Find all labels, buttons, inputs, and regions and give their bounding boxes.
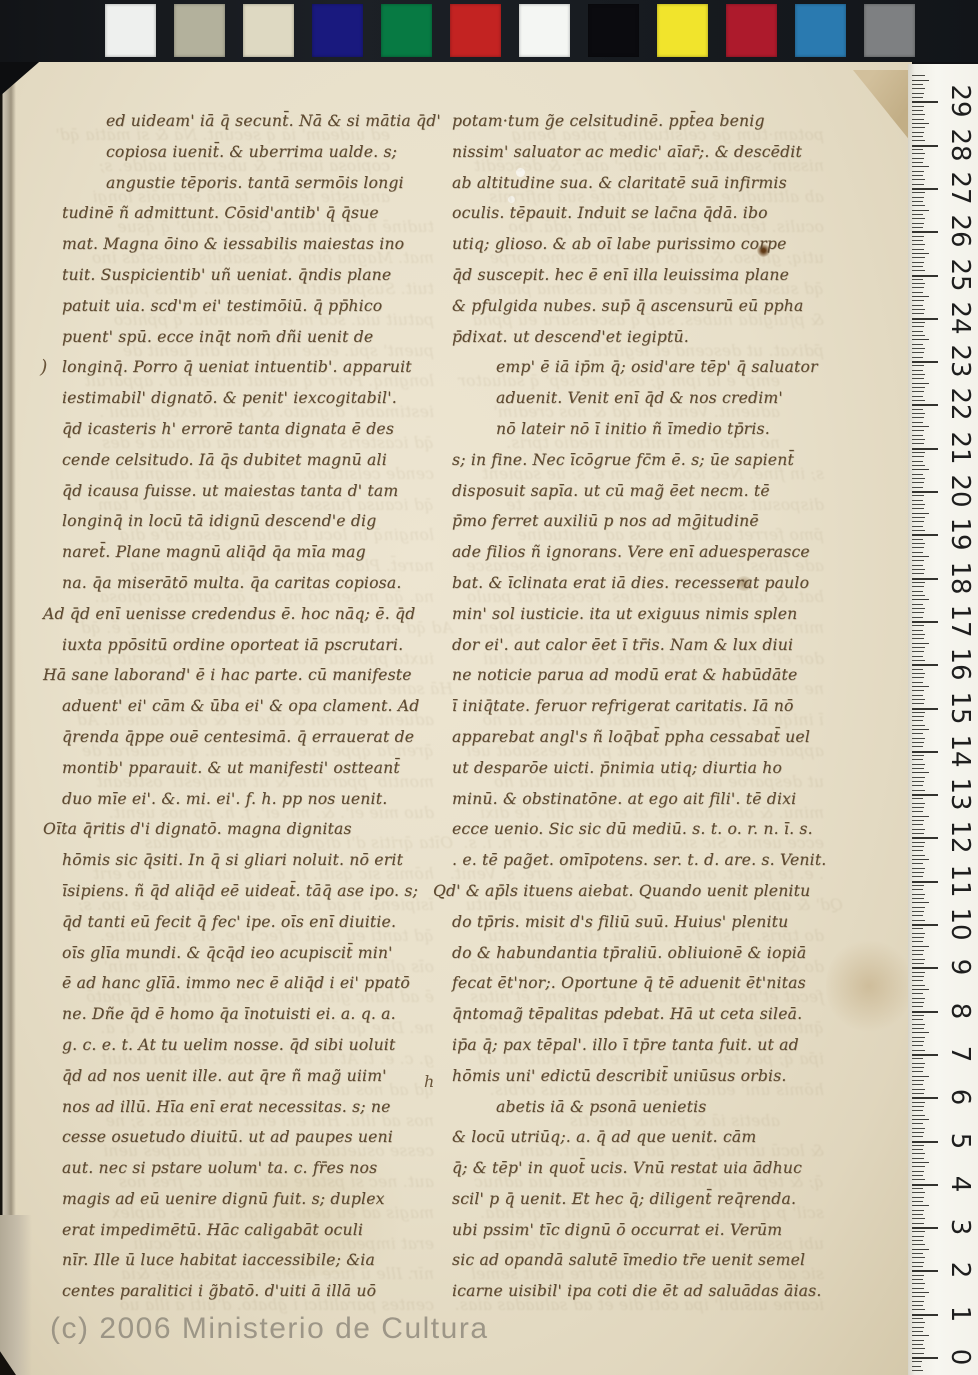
ruler-mm-tick — [912, 1279, 923, 1280]
ruler-mm-tick — [912, 937, 924, 938]
ruler-mm-tick — [912, 331, 923, 332]
manuscript-line: iestimabil' dignatō. & penit' iexcogitab… — [62, 383, 434, 414]
ruler-mm-tick — [912, 270, 925, 271]
ruler-mm-tick — [912, 456, 924, 457]
manuscript-line: Oīta q̄ritis d'i dignatō. magna dignitas — [43, 814, 434, 845]
ruler-cm-tick — [912, 621, 938, 623]
manuscript-line: nissim' saluator ac medic' aīar̄;. & des… — [452, 137, 824, 168]
manuscript-line: ī iniq̄tate. feruor refrigerat caritatis… — [452, 691, 824, 722]
manuscript-line: duo mīe ei'. &. mi. ei'. f. h. pp nos ue… — [62, 784, 434, 815]
color-swatch-steel-blue — [795, 4, 846, 57]
ruler-mm-tick — [912, 1223, 924, 1224]
page-fore-edge-bottom-left — [0, 1215, 32, 1375]
ruler-mm-tick — [912, 1253, 923, 1254]
ruler-mm-tick — [912, 236, 924, 237]
manuscript-line: na. q̄a miserātō multa. q̄a caritas copi… — [62, 568, 434, 599]
ruler-mm-tick — [912, 1370, 923, 1371]
ruler-mm-tick — [912, 742, 924, 743]
ruler-mm-tick — [912, 586, 924, 587]
manuscript-line: utiq; glioso. & ab oī labe purissimo cor… — [452, 229, 824, 260]
ruler-mm-tick — [912, 1205, 929, 1206]
ruler-label-8: 8 — [945, 989, 975, 1033]
color-swatch-white-2 — [519, 4, 570, 57]
ruler-cm-tick — [912, 318, 938, 320]
manuscript-line: puent' spū. ecce inq̄t nom̄ dñi uenit de — [62, 322, 434, 353]
manuscript-line: ē ad hanc glīā. immo nec ē aliq̄d i ei' … — [62, 968, 434, 999]
manuscript-line: hōmis sic q̄siti. In q̄ si gliari noluit… — [62, 845, 434, 876]
ruler-mm-tick — [912, 1080, 924, 1081]
manuscript-line: q̄; & tēp' in quot̄ ucis. Vnū restat uia… — [452, 1153, 824, 1184]
ruler-mm-tick — [912, 781, 924, 782]
ruler-mm-tick — [912, 703, 924, 704]
manuscript-line: disposuit sapīa. ut cū mag̃ ēet necm. tē — [452, 476, 824, 507]
ruler-mm-tick — [912, 1344, 923, 1345]
manuscript-page: ed uideam' iā q̄ secunt̄. Nā & si mātia … — [0, 56, 912, 1375]
ruler-mm-tick — [912, 1179, 925, 1180]
manuscript-line: ed uideam' iā q̄ secunt̄. Nā & si mātia … — [62, 106, 434, 137]
ruler-mm-tick — [912, 205, 925, 206]
ruler-cm-tick — [912, 231, 938, 233]
ruler-mm-tick — [912, 1015, 924, 1016]
ruler-mm-tick — [912, 1348, 925, 1349]
ruler-mm-tick — [912, 93, 924, 94]
ruler-mm-tick — [912, 158, 924, 159]
ruler-mm-tick — [912, 941, 923, 942]
ruler-mm-tick — [912, 322, 925, 323]
manuscript-line: oculis. tēpauit. Induit se lac̄na q̄dā. … — [452, 198, 824, 229]
ruler-mm-tick — [912, 682, 923, 683]
ruler-mm-tick — [912, 88, 925, 89]
ruler-mm-tick — [912, 759, 923, 760]
ruler-mm-tick — [912, 365, 924, 366]
manuscript-line: abetis iā & psonā uenietis — [452, 1092, 824, 1123]
ruler-mm-tick — [912, 764, 925, 765]
ruler-mm-tick — [912, 725, 925, 726]
manuscript-line: montib' pparauit. & ut manifesti' osttea… — [62, 753, 434, 784]
ruler-cm-tick — [912, 1141, 938, 1143]
manuscript-line: ade filios ñ ignorans. Vere enī aduesper… — [452, 537, 824, 568]
ruler-mm-tick — [912, 1128, 925, 1129]
manuscript-line: aduent' ei' cām & ūba ei' & opa clament.… — [62, 691, 434, 722]
margin-mark-paren: ) — [40, 356, 47, 378]
ruler-mm-tick — [912, 413, 925, 414]
ruler-cm-tick — [912, 794, 938, 796]
ruler-label-11: 11 — [945, 859, 975, 903]
ruler-mm-tick — [912, 816, 929, 817]
ruler-mm-tick — [912, 266, 923, 267]
ruler-mm-tick — [912, 1322, 925, 1323]
ruler-mm-tick — [912, 772, 929, 773]
ruler-mm-tick — [912, 673, 925, 674]
manuscript-line: aduenit. Venit enī q̄d & nos credim' — [452, 383, 824, 414]
ruler-label-1: 1 — [945, 1292, 975, 1336]
ruler-mm-tick — [912, 1006, 923, 1007]
ruler-mm-tick — [912, 755, 924, 756]
ruler-cm-tick — [912, 404, 938, 406]
manuscript-line: mat. Magna ōino & iessabilis maiestas in… — [62, 229, 434, 260]
manuscript-line: q̄d ad nos uenit ille. aut q̄re ñ mag̃ u… — [62, 1061, 434, 1092]
ruler-mm-tick — [912, 989, 929, 990]
manuscript-line: iuxta ppōsitū ordine oporteat iā pscruta… — [62, 630, 434, 661]
ruler-mm-tick — [912, 842, 925, 843]
ruler-mm-tick — [912, 417, 924, 418]
ruler-mm-tick — [912, 443, 924, 444]
ruler-mm-tick — [912, 357, 923, 358]
manuscript-line: & pfulgida nubes. sup̄ q̄ ascensurū eū p… — [452, 291, 824, 322]
manuscript-line: tudinē ñ admittunt. Cōsid'antib' q̄ q̄su… — [62, 198, 434, 229]
ruler-mm-tick — [912, 907, 925, 908]
ruler-cm-tick — [912, 188, 938, 190]
ruler-cm-tick — [912, 1227, 938, 1229]
ruler-mm-tick — [912, 1037, 925, 1038]
ruler-cm-tick — [912, 448, 938, 450]
ruler-mm-tick — [912, 370, 923, 371]
ruler-mm-tick — [912, 305, 923, 306]
manuscript-line: s; in fine. Nec īcōgrue fc̄m ē. s; ūe sa… — [452, 445, 824, 476]
ruler-mm-tick — [912, 716, 924, 717]
ruler-mm-tick — [912, 1071, 923, 1072]
color-swatch-cream — [243, 4, 294, 57]
ruler-mm-tick — [912, 1132, 924, 1133]
manuscript-line: q̄ntomag̃ tēpalitas pdebat. Hā ut ceta s… — [452, 999, 824, 1030]
ruler-mm-tick — [912, 954, 923, 955]
ruler-mm-tick — [912, 928, 923, 929]
ruler-mm-tick — [912, 547, 924, 548]
ruler-label-13: 13 — [945, 772, 975, 816]
ruler-mm-tick — [912, 599, 929, 600]
manuscript-line: potam·tum g̃e celsitudinē. ppt̄ea benig — [452, 106, 824, 137]
ruler-mm-tick — [912, 963, 924, 964]
ruler-mm-tick — [912, 807, 924, 808]
manuscript-line: ecce uenio. Sic sic dū mediū. s. t. o. r… — [452, 814, 824, 845]
ruler-mm-tick — [912, 885, 924, 886]
ruler-mm-tick — [912, 1076, 929, 1077]
ruler-mm-tick — [912, 461, 923, 462]
ruler-mm-tick — [912, 1210, 924, 1211]
ruler-mm-tick — [912, 811, 923, 812]
ruler-mm-tick — [912, 634, 925, 635]
ruler-cm-tick — [912, 145, 938, 147]
manuscript-line: īsipiens. ñ q̄d aliq̄d eē uideat̄. tāq̄ … — [62, 876, 434, 907]
ruler-label-15: 15 — [945, 686, 975, 730]
ruler-mm-tick — [912, 97, 923, 98]
ruler-cm-tick — [912, 1314, 938, 1316]
ruler-mm-tick — [912, 920, 925, 921]
ruler-mm-tick — [912, 383, 929, 384]
ruler-mm-tick — [912, 902, 929, 903]
ruler-mm-tick — [912, 426, 929, 427]
ruler-mm-tick — [912, 1063, 925, 1064]
ruler-label-9: 9 — [945, 945, 975, 989]
ruler-cm-tick — [912, 1011, 938, 1013]
ruler-mm-tick — [912, 1331, 923, 1332]
page-corner-top-left — [0, 56, 46, 96]
manuscript-line: tuit. Suspicientib' uñ ueniat. q̄ndis pl… — [62, 260, 434, 291]
manuscript-line: p̄mo ferret auxiliū p nos ad mḡitudinē — [452, 506, 824, 537]
manuscript-line: nos ad illū. Hīa enī erat necessitas. s;… — [62, 1092, 434, 1123]
ruler-mm-tick — [912, 1283, 925, 1284]
ruler: 0123456789101112131415161718192021222324… — [908, 64, 978, 1375]
ruler-mm-tick — [912, 1201, 923, 1202]
ruler-mm-tick — [912, 439, 925, 440]
ruler-mm-tick — [912, 1123, 923, 1124]
ruler-mm-tick — [912, 582, 925, 583]
ruler-label-22: 22 — [945, 382, 975, 426]
ruler-mm-tick — [912, 729, 929, 730]
ruler-mm-tick — [912, 192, 925, 193]
ruler-mm-tick — [912, 84, 923, 85]
ruler-mm-tick — [912, 218, 925, 219]
ruler-mm-tick — [912, 171, 924, 172]
ruler-mm-tick — [912, 859, 929, 860]
ruler-mm-tick — [912, 1236, 924, 1237]
manuscript-line: oīs glīa mundi. & q̄cq̄d ieo acupiscit̄ … — [62, 938, 434, 969]
ruler-mm-tick — [912, 660, 925, 661]
color-swatch-red — [450, 4, 501, 57]
ruler-label-24: 24 — [945, 296, 975, 340]
ruler-mm-tick — [912, 1296, 925, 1297]
color-swatch-white-1 — [105, 4, 156, 57]
ruler-mm-tick — [912, 738, 925, 739]
ruler-mm-tick — [912, 504, 925, 505]
manuscript-line: bat. & īclinata erat iā dies. recesserat… — [452, 568, 824, 599]
ruler-label-23: 23 — [945, 339, 975, 383]
ruler-mm-tick — [912, 824, 923, 825]
ruler-label-4: 4 — [945, 1162, 975, 1206]
ruler-mm-tick — [912, 378, 924, 379]
ruler-label-14: 14 — [945, 729, 975, 773]
ruler-mm-tick — [912, 344, 923, 345]
ruler-mm-tick — [912, 309, 925, 310]
ruler-mm-tick — [912, 976, 924, 977]
ruler-mm-tick — [912, 253, 929, 254]
ruler-cm-tick — [912, 578, 938, 580]
ruler-mm-tick — [912, 638, 924, 639]
ruler-mm-tick — [912, 201, 923, 202]
ruler-label-25: 25 — [945, 253, 975, 297]
ruler-mm-tick — [912, 326, 924, 327]
ruler-mm-tick — [912, 790, 925, 791]
ruler-mm-tick — [912, 1327, 924, 1328]
ruler-label-2: 2 — [945, 1248, 975, 1292]
manuscript-line: q̄d icasteris h' errorē tanta dignata ē … — [62, 414, 434, 445]
ruler-mm-tick — [912, 647, 925, 648]
ruler-cm-tick — [912, 1184, 938, 1186]
ruler-mm-tick — [912, 998, 925, 999]
ruler-mm-tick — [912, 1050, 925, 1051]
ruler-mm-tick — [912, 179, 925, 180]
ruler-cm-tick — [912, 881, 938, 883]
manuscript-line: dor ei'. aut calor ēet ī tr̄is. Nam & lu… — [452, 630, 824, 661]
manuscript-line: sic ad opandā salutē īmedio tr̄e uenit s… — [452, 1245, 824, 1276]
ruler-mm-tick — [912, 959, 925, 960]
ruler-mm-tick — [912, 1288, 924, 1289]
manuscript-line: q̄renda q̄ppe ouē centesimā. q̄ errauera… — [62, 722, 434, 753]
ruler-mm-tick — [912, 768, 924, 769]
text-column-right: potam·tum g̃e celsitudinē. ppt̄ea benign… — [452, 106, 824, 1307]
ruler-mm-tick — [912, 894, 925, 895]
ruler-mm-tick — [912, 1045, 923, 1046]
ruler-mm-tick — [912, 720, 923, 721]
ruler-mm-tick — [912, 798, 923, 799]
ruler-mm-tick — [912, 1110, 923, 1111]
ruler-mm-tick — [912, 210, 929, 211]
manuscript-line: Ad q̄d enī uenisse credendus ē. hoc nāq;… — [43, 599, 434, 630]
ruler-mm-tick — [912, 1106, 924, 1107]
ruler-mm-tick — [912, 1024, 925, 1025]
manuscript-line: ne. Dñe q̄d ē homo q̄a īnotuisti ei. a. … — [62, 999, 434, 1030]
color-swatch-black — [588, 4, 639, 57]
manuscript-line: q̄d suscepit. hec ē enī illa leuissima p… — [452, 260, 824, 291]
ruler-label-7: 7 — [945, 1032, 975, 1076]
page-gutter-edge — [0, 56, 16, 1375]
manuscript-line: do tp̄ris. misit d's filiū suū. Huius' p… — [452, 907, 824, 938]
ruler-mm-tick — [912, 1249, 929, 1250]
ruler-mm-tick — [912, 643, 929, 644]
ruler-label-10: 10 — [945, 902, 975, 946]
ruler-mm-tick — [912, 1002, 924, 1003]
ruler-mm-tick — [912, 820, 924, 821]
ruler-cm-tick — [912, 967, 938, 969]
ruler-mm-tick — [912, 872, 924, 873]
ruler-mm-tick — [912, 1231, 925, 1232]
ruler-mm-tick — [912, 1102, 925, 1103]
ruler-mm-tick — [912, 1153, 925, 1154]
ruler-mm-tick — [912, 521, 924, 522]
ruler-mm-tick — [912, 1301, 924, 1302]
ruler-mm-tick — [912, 1093, 924, 1094]
ruler-mm-tick — [912, 106, 924, 107]
manuscript-line: minū. & obstinatōne. at ego ait fili'. t… — [452, 784, 824, 815]
ruler-label-6: 6 — [945, 1075, 975, 1119]
manuscript-line: ne noticie parua ad modū erat & habūdāte — [452, 660, 824, 691]
manuscript-line: g. c. e. t. At tu uelim nosse. q̄d sibi … — [62, 1030, 434, 1061]
manuscript-line: longinq̄. Porro q̄ ueniat intuentib'. ap… — [62, 352, 434, 383]
ruler-mm-tick — [912, 80, 929, 81]
ruler-mm-tick — [912, 517, 925, 518]
ruler-mm-tick — [912, 400, 925, 401]
ruler-label-20: 20 — [945, 469, 975, 513]
ruler-mm-tick — [912, 123, 929, 124]
page-corner-fold-top-right — [853, 70, 911, 142]
ruler-mm-tick — [912, 153, 925, 154]
ruler-mm-tick — [912, 1218, 925, 1219]
ruler-mm-tick — [912, 283, 925, 284]
ruler-mm-tick — [912, 612, 924, 613]
ruler-mm-tick — [912, 625, 924, 626]
manuscript-line: erat impedimētū. Hāc caligabāt oculi — [62, 1215, 434, 1246]
ruler-mm-tick — [912, 946, 929, 947]
manuscript-line: naret̄. Plane magnū aliq̄d q̄a mīa mag — [62, 537, 434, 568]
ruler-mm-tick — [912, 911, 924, 912]
ruler-mm-tick — [912, 287, 924, 288]
ruler-cm-tick — [912, 275, 938, 277]
manuscript-line: patuit uia. scd'm ei' testimōiū. q̄ pp̄h… — [62, 291, 434, 322]
manuscript-line: copiosa iuenit̄. & uberrima ualde. s; — [62, 137, 434, 168]
ruler-mm-tick — [912, 746, 923, 747]
ruler-mm-tick — [912, 1084, 923, 1085]
ruler-mm-tick — [912, 850, 923, 851]
ruler-mm-tick — [912, 348, 925, 349]
ruler-mm-tick — [912, 686, 929, 687]
manuscript-line: scil' p q̄ uenit. Et hec q̄; diligent̄ r… — [452, 1184, 824, 1215]
ruler-mm-tick — [912, 617, 923, 618]
parchment-stain — [826, 936, 912, 1036]
ruler-label-5: 5 — [945, 1119, 975, 1163]
ruler-mm-tick — [912, 552, 923, 553]
margin-mark-h: h — [424, 1072, 434, 1091]
color-swatch-dark-red — [726, 4, 777, 57]
manuscript-line: apparebat angl's ñ loq̄bat̄ ppha cessaba… — [452, 722, 824, 753]
ruler-mm-tick — [912, 1262, 924, 1263]
ruler-mm-tick — [912, 565, 923, 566]
ruler-cm-tick — [912, 664, 938, 666]
ruler-mm-tick — [912, 435, 923, 436]
ruler-mm-tick — [912, 495, 924, 496]
ruler-cm-tick — [912, 361, 938, 363]
color-swatch-olive-gray — [174, 4, 225, 57]
ruler-mm-tick — [912, 1214, 923, 1215]
color-swatch-gray — [864, 4, 915, 57]
ruler-mm-tick — [912, 223, 924, 224]
ruler-mm-tick — [912, 136, 923, 137]
ruler-mm-tick — [912, 876, 923, 877]
ruler-mm-tick — [912, 335, 925, 336]
ruler-mm-tick — [912, 478, 925, 479]
ruler-mm-tick — [912, 1335, 929, 1336]
ruler-mm-tick — [912, 1089, 925, 1090]
ruler-mm-tick — [912, 422, 923, 423]
ruler-mm-tick — [912, 630, 923, 631]
ruler-mm-tick — [912, 699, 925, 700]
ruler-mm-tick — [912, 197, 924, 198]
ruler-mm-tick — [912, 1136, 923, 1137]
manuscript-line: hōmis uni' edictū describit̄ uniūsus orb… — [452, 1061, 824, 1092]
ruler-mm-tick — [912, 1318, 923, 1319]
ruler-mm-tick — [912, 526, 923, 527]
ruler-cm-tick — [912, 924, 938, 926]
ruler-mm-tick — [912, 993, 923, 994]
ruler-mm-tick — [912, 803, 925, 804]
ruler-mm-tick — [912, 409, 923, 410]
ruler-mm-tick — [912, 733, 923, 734]
color-swatch-dark-blue — [312, 4, 363, 57]
ruler-mm-tick — [912, 119, 924, 120]
ruler-cm-tick — [912, 1054, 938, 1056]
ruler-mm-tick — [912, 1309, 925, 1310]
ruler-mm-tick — [912, 1197, 924, 1198]
manuscript-line: min' sol iusticie. ita ut exiguus nimis … — [452, 599, 824, 630]
ruler-mm-tick — [912, 300, 924, 301]
ruler-mm-tick — [912, 339, 929, 340]
ruler-mm-tick — [912, 1340, 924, 1341]
ruler-mm-tick — [912, 1019, 923, 1020]
color-swatch-green — [381, 4, 432, 57]
ruler-label-19: 19 — [945, 512, 975, 556]
manuscript-line: q̄d icausa fuisse. ut maiestas tanta d' … — [62, 476, 434, 507]
ruler-mm-tick — [912, 595, 925, 596]
ruler-mm-tick — [912, 469, 929, 470]
ruler-mm-tick — [912, 387, 925, 388]
manuscript-line: ut desparōe uicti. p̄nimia utiq; diurtia… — [452, 753, 824, 784]
manuscript-line: nō lateir nō ī initio ñ īmedio tp̄ris. — [452, 414, 824, 445]
manuscript-line: ab altitudine sua. & claritatē suā infir… — [452, 168, 824, 199]
ruler-mm-tick — [912, 690, 924, 691]
ruler-mm-tick — [912, 560, 924, 561]
ruler-mm-tick — [912, 140, 925, 141]
ruler-mm-tick — [912, 950, 924, 951]
ruler-mm-tick — [912, 829, 925, 830]
